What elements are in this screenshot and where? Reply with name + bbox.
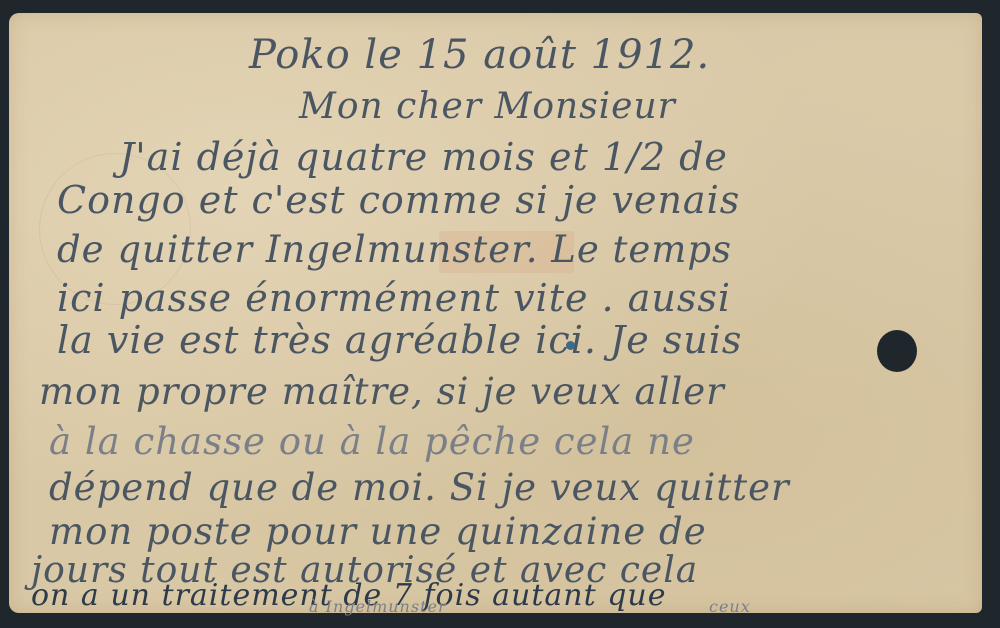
body-line-2: Congo et c'est comme si je venais [57, 181, 740, 219]
body-line-1: J'ai déjà quatre mois et 1/2 de [119, 138, 728, 176]
postcard: Poko le 15 août 1912. Mon cher Monsieur … [9, 13, 982, 613]
place-date-line: Poko le 15 août 1912. [249, 35, 710, 75]
body-line-8: dépend que de moi. Si je veux quitter [49, 469, 790, 506]
punch-hole [877, 330, 917, 372]
body-line-3: de quitter Ingelmunster. Le temps [57, 231, 732, 268]
body-line-4: ici passe énormément vite . aussi [57, 279, 731, 317]
body-line-5: la vie est très agréable ici. Je suis [57, 321, 742, 359]
marginal-note-left: à Ingelmunster [309, 599, 447, 615]
ink-blot [566, 341, 575, 350]
salutation: Mon cher Monsieur [299, 89, 676, 125]
body-line-7: à la chasse ou à la pêche cela ne [49, 423, 695, 460]
body-line-9: mon poste pour une quinzaine de [49, 513, 707, 550]
body-line-6: mon propre maître, si je veux aller [39, 373, 725, 410]
marginal-note-right: ceux [709, 599, 751, 615]
